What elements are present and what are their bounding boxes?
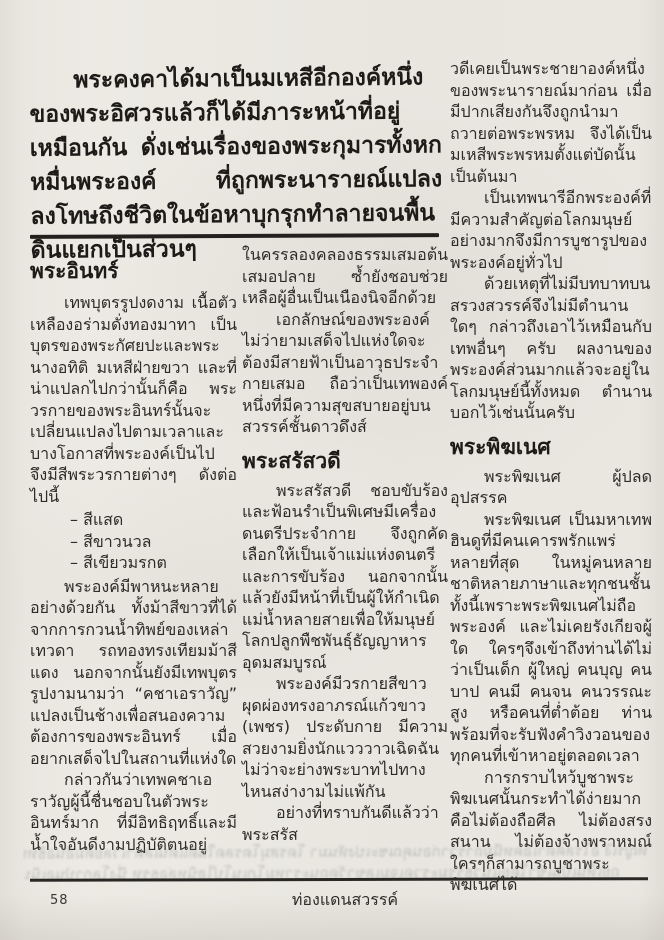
body-paragraph-continuation: ในครรลองคลองธรรมเสมอต้นเสมอปลาย ซ้ำยังชอ…	[242, 244, 448, 309]
section-heading-phra-saraswati: พระสรัสวดี	[242, 448, 448, 474]
book-page: พระคงคาได้มาเป็นมเหสีอีกองค์หนึ่งของพระอ…	[0, 0, 664, 940]
body-paragraph: เอกลักษณ์ของพระองค์ไม่ว่ายามเสด็จไปแห่งใ…	[242, 309, 448, 438]
column-left: พระอินทร์ เทพบุตรรูปงดงาม เนื้อตัวเหลือง…	[30, 258, 237, 855]
body-paragraph: ด้วยเหตุที่ไม่มีบทบาทบนสรวงสวรรค์จึงไม่ม…	[450, 273, 652, 424]
body-paragraph: พระองค์มีวรกายสีขาวผุดผ่องทรงอาภรณ์แก้วข…	[242, 673, 448, 802]
section-subtitle: พระพิฆเนศ ผู้ปลดอุปสรรค	[450, 466, 652, 509]
body-color-list: – สีแสด – สีขาวนวล – สีเขียวมรกต	[30, 509, 237, 574]
list-item: – สีเขียวมรกต	[70, 552, 237, 574]
column-right: วดีเคยเป็นพระชายาองค์หนึ่งของพระนารายณ์ม…	[450, 58, 652, 896]
body-paragraph: อย่างที่ทราบกันดีแล้วว่าพระสรัส	[242, 802, 448, 845]
body-paragraph: เป็นเทพนารีอีกพระองค์ที่มีความสำคัญต่อโล…	[450, 187, 652, 273]
bleedthrough-line: ฤยเห็นเป็นเข้าโดยแนวธรรมะรวดเจมเลขาวัดถน…	[24, 861, 648, 885]
body-paragraph-continuation: วดีเคยเป็นพระชายาองค์หนึ่งของพระนารายณ์ม…	[450, 58, 652, 187]
body-paragraph: พระพิฆเนศ เป็นมหาเทพฮินดูที่มีคนเคารพรัก…	[450, 509, 652, 767]
column-middle: ในครรลองคลองธรรมเสมอต้นเสมอปลาย ซ้ำยังชอ…	[242, 244, 448, 845]
body-paragraph: พระองค์มีพาหนะหลายอย่างด้วยกัน ทั้งม้าสี…	[30, 576, 237, 770]
section-heading-phra-indra: พระอินทร์	[30, 258, 237, 284]
running-title: ท่องแดนสวรรค์	[242, 888, 448, 913]
scanned-page: { "intro": { "text": "พระคงคาได้มาเป็นมเ…	[0, 0, 664, 940]
list-item: – สีขาวนวล	[70, 531, 237, 553]
body-paragraph: พระสรัสวดี ชอบขับร้องและฟ้อนรำเป็นพิเศษม…	[242, 480, 448, 674]
list-item: – สีแสด	[70, 509, 237, 531]
body-paragraph: เทพบุตรรูปงดงาม เนื้อตัวเหลืองอร่ามดั่งท…	[30, 292, 237, 507]
page-number: 58	[50, 893, 69, 908]
section-heading-phra-ganesha: พระพิฆเนศ	[450, 434, 652, 460]
